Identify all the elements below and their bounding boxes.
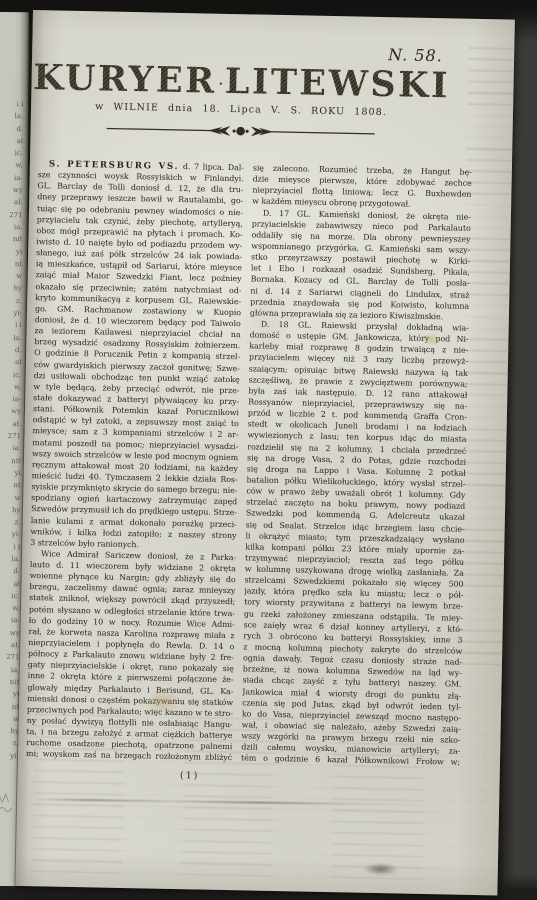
adjacent-page-text-fragment: yi: bbox=[0, 750, 19, 762]
adjacent-page-text-fragment: 271 bbox=[1, 209, 23, 221]
adjacent-page-text-fragment: ia- bbox=[0, 614, 20, 626]
adjacent-page-text-fragment: ał bbox=[1, 135, 23, 147]
adjacent-page-text-fragment: ia. bbox=[0, 664, 19, 676]
adjacent-page-text-fragment: yi bbox=[0, 246, 22, 258]
adjacent-page-text-fragment: yi bbox=[0, 467, 21, 479]
page-signature: (1) bbox=[168, 770, 212, 782]
adjacent-page-text-fragment: ic. bbox=[1, 147, 23, 159]
adjacent-page-text-fragment: nt bbox=[0, 479, 21, 491]
adjacent-page-text-fragment: la. bbox=[1, 110, 23, 122]
paragraph: Wice Admirał Sariczew doniosł, że z Park… bbox=[26, 548, 236, 764]
adjacent-page-text-fragment: yi bbox=[0, 688, 19, 700]
adjacent-page-text-fragment: ia. bbox=[0, 442, 21, 454]
adjacent-page-text-fragment: z. bbox=[0, 737, 19, 749]
adjacent-page-text-fragment: d. bbox=[0, 565, 20, 577]
adjacent-page-text-fragment: ia- bbox=[1, 172, 23, 184]
adjacent-page-text-fragment: wy bbox=[1, 184, 23, 196]
adjacent-page-text-fragment: ał. bbox=[1, 196, 23, 208]
adjacent-page-text-fragment: w bbox=[0, 713, 19, 725]
adjacent-page-text-fragment: la. bbox=[0, 332, 22, 344]
adjacent-page-text-fragment: hy bbox=[0, 725, 19, 737]
adjacent-page-text-fragment: z. bbox=[0, 516, 20, 528]
paragraph: D. 18 GL. Raiewski przysłał dokładną wia… bbox=[241, 318, 469, 768]
double-arrow-rule-ornament-icon bbox=[104, 120, 376, 141]
column-left: S. PETERSBURG VS. d. 7 lipca. Dal-sze cz… bbox=[26, 158, 244, 764]
adjacent-page-text-fragment: ał. bbox=[0, 418, 21, 430]
masthead-title-word-1: KURYER bbox=[33, 57, 217, 102]
adjacent-page-text-fragment: nt bbox=[0, 258, 22, 270]
ink-smudge bbox=[364, 863, 398, 876]
adjacent-page-text-fragment: z. bbox=[0, 295, 22, 307]
adjacent-page-text-fragment: i i bbox=[0, 541, 20, 553]
paragraph: S. PETERSBURG VS. d. 7 lipca. Dal-sze cz… bbox=[30, 158, 244, 552]
adjacent-page-text-fragment: 271 bbox=[0, 651, 20, 663]
adjacent-page-text-fragment: hy bbox=[0, 282, 22, 294]
adjacent-page-text-fragment: hy bbox=[0, 504, 21, 516]
handwritten-mark bbox=[0, 790, 13, 816]
adjacent-page-text-fragment: ia- bbox=[0, 393, 21, 405]
adjacent-page-text-fragment: ał. bbox=[0, 639, 20, 651]
adjacent-page-text-fragment: nit bbox=[0, 233, 22, 245]
adjacent-page-text-fragment: ic. bbox=[0, 369, 22, 381]
adjacent-page-text-fragment: nit bbox=[0, 676, 19, 688]
adjacent-page-text-fragment: w, bbox=[0, 381, 21, 393]
paragraph: D. 17 GL. Kamieński doniosł, że okręta n… bbox=[250, 207, 471, 323]
adjacent-page-text-fragment: ic. bbox=[0, 590, 20, 602]
adjacent-page-text-fragment: i i bbox=[0, 319, 22, 331]
adjacent-page-text-fragment: yi: bbox=[0, 307, 22, 319]
scanned-newspaper-page: i ila.d.ałic.w,ia-wyał.271ia.nityintwhyz… bbox=[0, 0, 537, 900]
masthead: KURYER·LITEWSKI w WILNIE dnia 18. Lipca … bbox=[30, 10, 453, 147]
adjacent-page-text-fragment: wy bbox=[0, 627, 20, 639]
newspaper-sheet: N. 58. KURYER·LITEWSKI w WILNIE dnia 18.… bbox=[15, 10, 514, 895]
adjacent-page-text-fragment: nt bbox=[0, 701, 19, 713]
adjacent-page-text-fragment: w bbox=[0, 492, 21, 504]
article-columns: S. PETERSBURG VS. d. 7 lipca. Dal-sze cz… bbox=[26, 158, 472, 768]
adjacent-page-text-fragment: ał bbox=[0, 356, 22, 368]
adjacent-page-text-fragment: i i bbox=[1, 98, 23, 110]
adjacent-page-text-fragment: wy bbox=[0, 405, 21, 417]
adjacent-page-text-fragment: d. bbox=[0, 344, 22, 356]
adjacent-page-text-fragment: 271 bbox=[0, 430, 21, 442]
adjacent-page-text-fragment: d. bbox=[1, 123, 23, 135]
adjacent-page-text-fragment: la. bbox=[0, 553, 20, 565]
adjacent-page-text-fragment: yi: bbox=[0, 528, 20, 540]
masthead-title: KURYER·LITEWSKI bbox=[31, 60, 452, 103]
adjacent-page-text-fragment: ia. bbox=[0, 221, 22, 233]
adjacent-page-text-fragment: ał bbox=[0, 578, 20, 590]
masthead-rule bbox=[30, 119, 450, 147]
adjacent-page-text-fragment: nit bbox=[0, 455, 21, 467]
adjacent-page-text-fragment: w, bbox=[1, 159, 23, 171]
masthead-title-word-2: LITEWSKI bbox=[224, 61, 450, 107]
adjacent-page-text-fragment: w bbox=[0, 270, 22, 282]
fold-crease bbox=[29, 798, 449, 806]
adjacent-page-text-fragment: w, bbox=[0, 602, 20, 614]
paragraph: się zalecono. Rozumieć trzeba, że Hangut… bbox=[252, 162, 472, 211]
column-right: się zalecono. Rozumieć trzeba, że Hangut… bbox=[241, 162, 472, 768]
